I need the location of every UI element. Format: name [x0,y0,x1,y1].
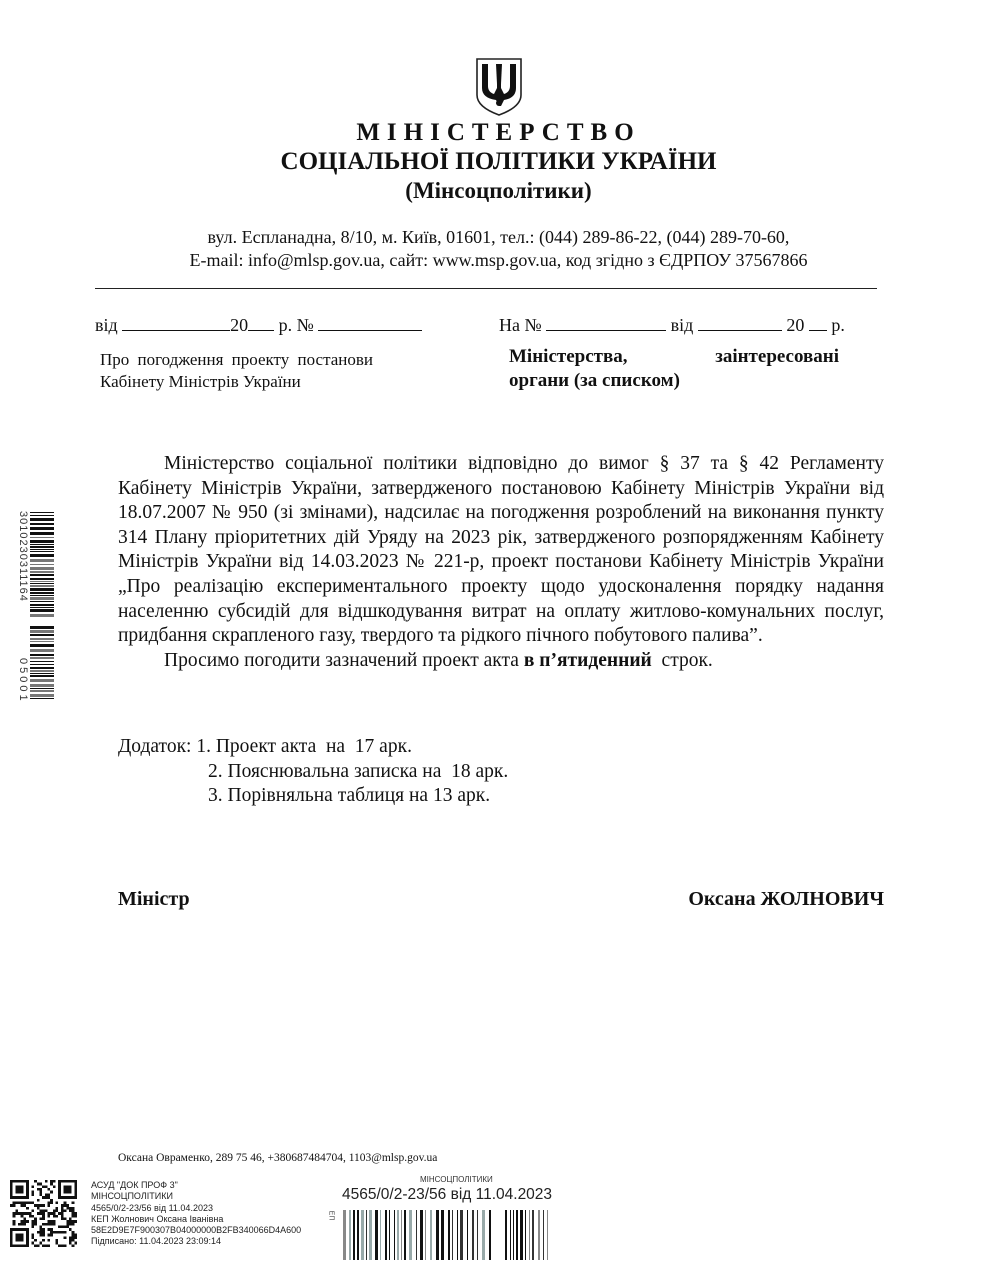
date-blank [698,314,782,331]
barcode-icon [343,1210,553,1260]
side-barcode-code-top: 3010230311164 [17,511,29,641]
ministry-contacts: вул. Еспланадна, 8/10, м. Київ, 01601, т… [0,226,997,272]
addressee: Міністерства, заінтересовані органи (за … [509,345,839,393]
contacts-line: E-mail: info@mlsp.gov.ua, сайт: www.msp.… [0,249,997,272]
side-barcode: 3010230311164 05001 [16,512,54,702]
year-blank [809,314,827,331]
registration-number: 4565/0/2-23/56 від 11.04.2023 [342,1186,552,1204]
signatory-name: Оксана ЖОЛНОВИЧ [688,888,884,911]
executor-contact: Оксана Овраменко, 289 75 46, +3806874847… [118,1152,437,1164]
barcode-org-label: МІНСОЦПОЛІТИКИ [420,1175,493,1184]
number-blank [318,314,422,331]
outgoing-registration: від 20 р. № [95,314,422,336]
date-blank [122,314,230,331]
signatory-title: Міністр [118,888,190,911]
annex-item: 2. Пояснювальна записка на 18 арк. [118,760,508,785]
annex-item: 3. Порівняльна таблиця на 13 арк. [118,784,508,809]
request-paragraph: Просимо погодити зазначений проект акта … [118,649,884,674]
annex-list: Додаток: 1. Проект акта на 17 арк. 2. По… [118,735,508,809]
ministry-short-name: (Мінсоцполітики) [0,178,997,204]
year-blank [248,314,274,331]
body-paragraph: Міністерство соціальної політики відпові… [118,452,884,649]
annex-label: Додаток: [118,736,191,757]
header-divider [95,288,877,289]
annex-item: 1. Проект акта на 17 арк. [196,736,412,757]
number-blank [546,314,666,331]
address-line: вул. Еспланадна, 8/10, м. Київ, 01601, т… [0,226,997,249]
incoming-registration: На № від 20 р. [499,314,845,336]
ministry-title-line1: МІНІСТЕРСТВО [0,119,997,147]
barcode-side-code: ЕП [327,1211,334,1221]
letter-body: Міністерство соціальної політики відпові… [118,452,884,673]
ministry-title-line2: СОЦІАЛЬНОЇ ПОЛІТИКИ УКРАЇНИ [0,148,997,176]
e-signature-stamp: АСУД "ДОК ПРОФ 3" МІНСОЦПОЛІТИКИ 4565/0/… [91,1180,301,1248]
qr-code-icon [10,1180,77,1247]
side-barcode-code-bottom: 05001 [17,658,29,708]
trident-coat-of-arms-icon [473,55,525,117]
letter-subject: Про погодження проекту постанови Кабінет… [100,349,430,393]
